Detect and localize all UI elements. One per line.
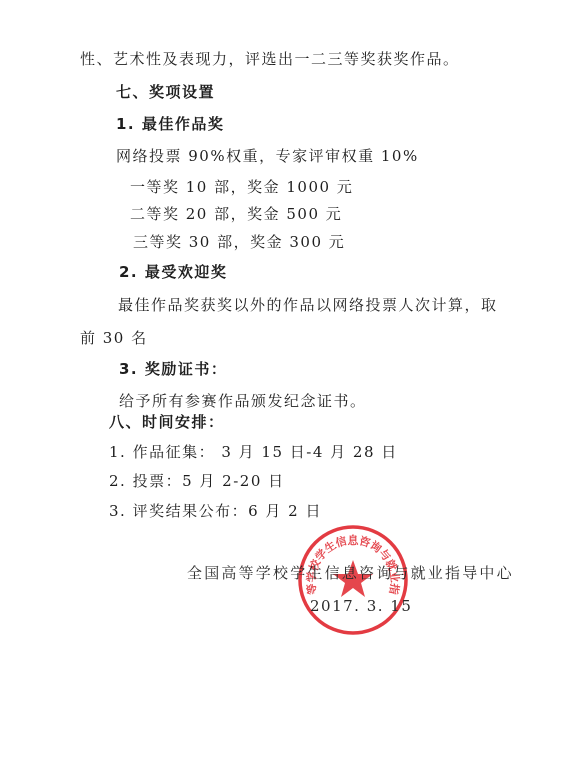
paragraph-line: 网络投票 90%权重，专家评审权重 10%	[116, 146, 419, 166]
prize-line: 三等奖 30 部，奖金 300 元	[133, 232, 345, 252]
paragraph-line: 前 30 名	[80, 328, 148, 348]
subheading-certificate: 3. 奖励证书：	[119, 359, 227, 379]
subheading-best-work: 1. 最佳作品奖	[116, 114, 224, 134]
prize-line: 二等奖 20 部，奖金 500 元	[130, 204, 342, 224]
issuer-signature: 全国高等学校学生信息咨询与就业指导中心	[187, 563, 514, 583]
section-heading-awards: 七、奖项设置	[116, 82, 215, 102]
schedule-item: 1. 作品征集： 3 月 15 日-4 月 28 日	[109, 442, 398, 462]
paragraph-line: 性、艺术性及表现力，评选出一二三等奖获奖作品。	[80, 49, 460, 69]
schedule-item: 3. 评奖结果公布：6 月 2 日	[109, 501, 322, 521]
prize-line: 一等奖 10 部，奖金 1000 元	[130, 177, 353, 197]
schedule-item: 2. 投票：5 月 2-20 日	[109, 471, 285, 491]
paragraph-line: 最佳作品奖获奖以外的作品以网络投票人次计算，取	[118, 295, 498, 315]
issue-date: 2017. 3. 15	[310, 596, 412, 616]
section-heading-schedule: 八、时间安排：	[109, 412, 225, 432]
subheading-popular: 2. 最受欢迎奖	[119, 262, 227, 282]
paragraph-line: 给予所有参赛作品颁发纪念证书。	[119, 391, 367, 411]
